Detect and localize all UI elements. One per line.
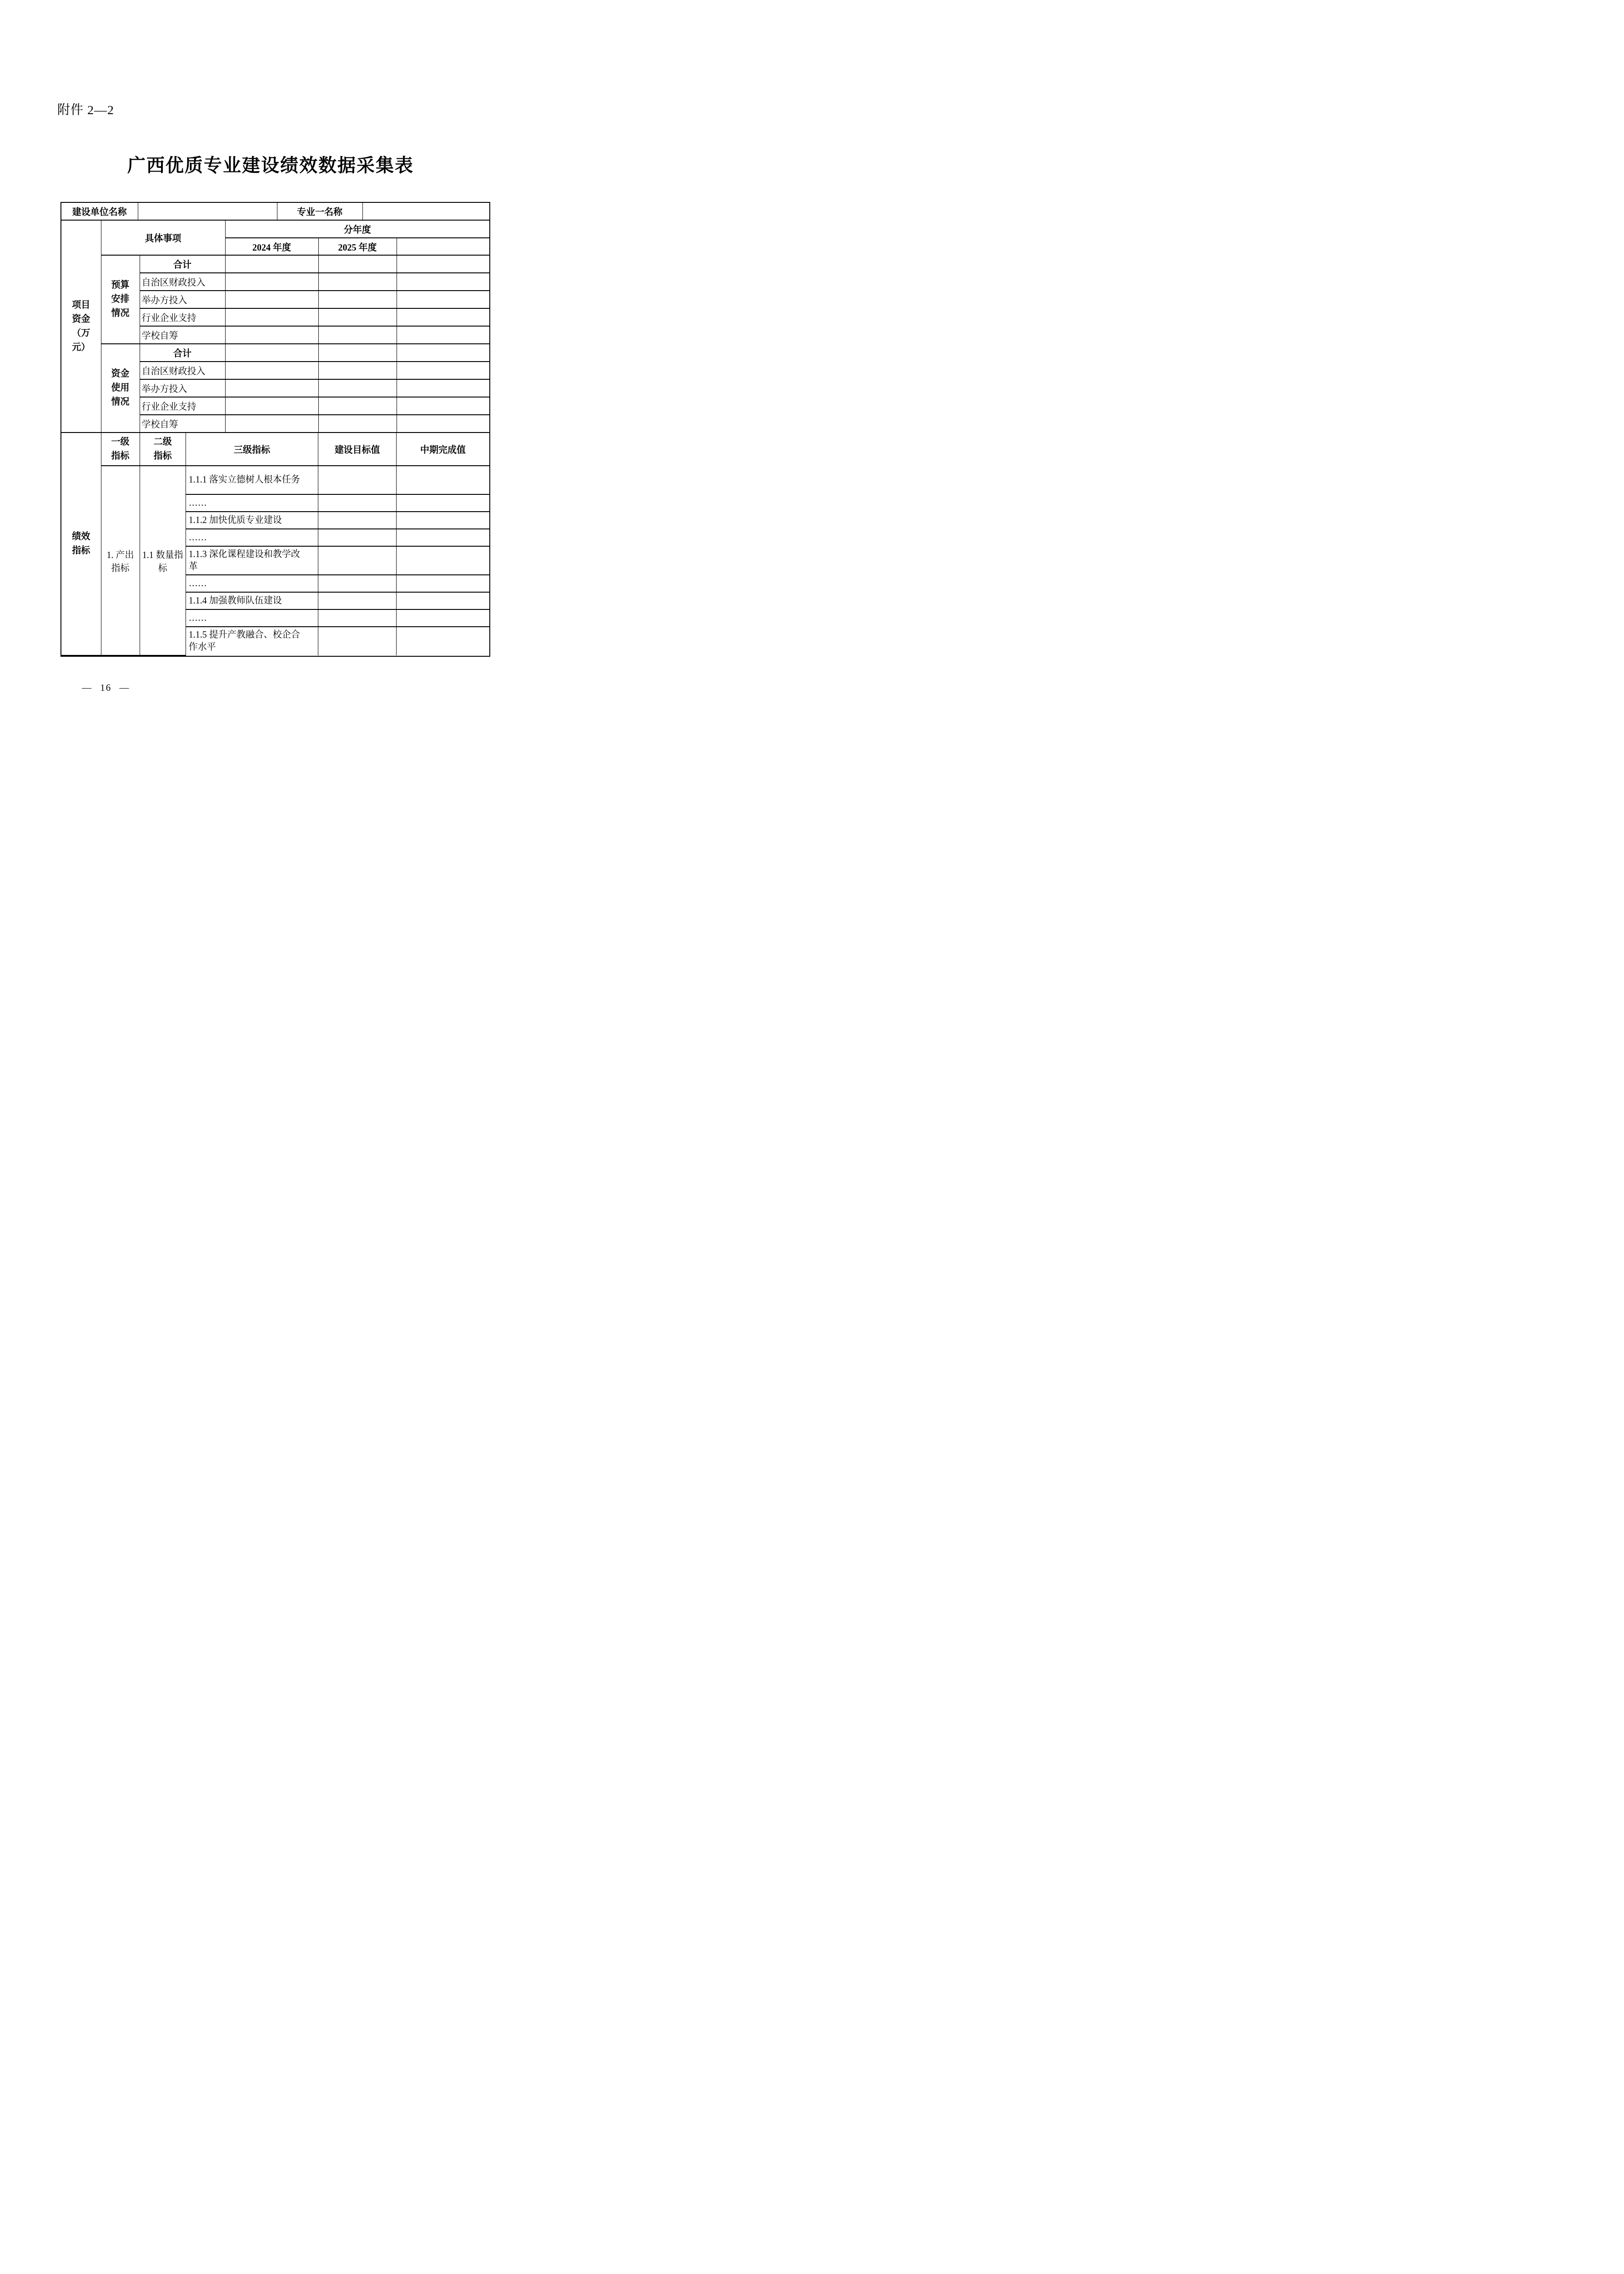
year-2025-header: 2025 年度 [318,238,397,255]
value-cell [397,592,489,609]
value-cell [225,362,318,379]
value-cell [397,575,489,592]
value-cell [318,592,397,609]
level2-header: 二级指标 [152,435,173,463]
level1-header-cell: 一级指标 [101,433,140,466]
value-cell [318,575,397,592]
usage-row-label-industry: 行业企业支持 [140,397,225,415]
value-cell [318,415,397,433]
usage-row-label-regional: 自治区财政投入 [140,362,225,379]
budget-row-label-school: 学校自筹 [140,326,225,344]
attachment-label: 附件 2—2 [57,100,114,118]
value-cell [318,529,397,546]
value-cell [397,494,489,512]
indicator-row-dots: …… [186,494,318,512]
data-collection-table: 建设单位名称 专业一名称 项目资金（万元） 具体事项 分年度 2024 年度 2… [60,202,490,657]
value-cell [225,291,318,308]
value-cell [318,362,397,379]
budget-row-label-regional: 自治区财政投入 [140,273,225,291]
value-cell [225,379,318,397]
value-cell [318,466,397,494]
finance-table: 项目资金（万元） 具体事项 分年度 2024 年度 2025 年度 预算安排情况… [61,221,489,433]
document-title: 广西优质专业建设绩效数据采集表 [0,151,541,177]
usage-row-label-organizer: 举办方投入 [140,379,225,397]
target-value-header: 建设目标值 [318,433,397,466]
level1-value-cell: 1. 产出指标 [101,466,140,655]
document-page: 附件 2—2 广西优质专业建设绩效数据采集表 建设单位名称 专业一名称 项目资金… [0,0,541,766]
mid-term-header: 中期完成值 [397,433,489,466]
unit-name-label: 建设单位名称 [61,203,138,220]
value-cell [318,379,397,397]
value-cell [225,308,318,326]
indicator-row-1-1-3: 1.1.3 深化课程建设和教学改革 [186,546,318,575]
usage-group-label: 资金使用情况 [110,367,131,409]
budget-row-label-organizer: 举办方投入 [140,291,225,308]
value-cell [318,512,397,529]
performance-section-header: 绩效指标 [70,530,91,558]
value-cell [397,379,489,397]
value-cell [397,291,489,308]
value-cell [318,326,397,344]
project-funds-header-cell: 项目资金（万元） [61,221,101,433]
indicator-row-1-1-2: 1.1.2 加快优质专业建设 [186,512,318,529]
value-cell [318,609,397,627]
year-2024-header: 2024 年度 [225,238,318,255]
level2-value-cell: 1.1 数量指标 [140,466,186,655]
indicator-row-dots: …… [186,529,318,546]
value-cell [318,546,397,575]
value-cell [225,255,318,273]
value-cell [397,273,489,291]
year-group-header: 分年度 [225,221,489,238]
performance-section-header-cell: 绩效指标 [61,433,101,655]
value-cell [318,291,397,308]
value-cell [318,627,397,655]
value-cell [397,308,489,326]
value-cell [397,512,489,529]
level1-header: 一级指标 [110,435,131,463]
indicator-row-dots: …… [186,575,318,592]
value-cell [225,326,318,344]
budget-row-label-total: 合计 [140,255,225,273]
major-name-label: 专业一名称 [277,203,362,220]
value-cell [225,397,318,415]
value-cell [397,529,489,546]
value-cell [318,397,397,415]
usage-row-label-total: 合计 [140,344,225,362]
project-funds-header: 项目资金（万元） [70,298,91,355]
indicator-row-1-1-4: 1.1.4 加强教师队伍建设 [186,592,318,609]
value-cell [318,255,397,273]
value-cell [397,362,489,379]
value-cell [397,344,489,362]
year-blank-header [397,238,489,255]
page-number: — 16 — [82,682,130,694]
indicator-row-1-1-5: 1.1.5 提升产教融合、校企合作水平 [186,627,318,655]
value-cell [318,344,397,362]
indicators-table: 绩效指标 一级指标 二级指标 三级指标 建设目标值 中期完成值 1. 产出指标 … [61,433,489,656]
level3-header: 三级指标 [186,433,318,466]
indicator-row-dots: …… [186,609,318,627]
indicator-row-1-1-1: 1.1.1 落实立德树人根本任务 [186,466,318,494]
unit-name-value-cell [138,203,277,220]
value-cell [397,627,489,655]
value-cell [397,326,489,344]
info-table: 建设单位名称 专业一名称 [61,203,489,221]
major-name-value-cell [362,203,489,220]
budget-row-label-industry: 行业企业支持 [140,308,225,326]
value-cell [318,494,397,512]
value-cell [397,397,489,415]
item-header: 具体事项 [101,221,225,255]
value-cell [397,466,489,494]
value-cell [318,273,397,291]
usage-row-label-school: 学校自筹 [140,415,225,433]
value-cell [397,609,489,627]
usage-group-label-cell: 资金使用情况 [101,344,140,433]
value-cell [225,273,318,291]
value-cell [318,308,397,326]
budget-group-label-cell: 预算安排情况 [101,255,140,344]
value-cell [397,415,489,433]
value-cell [225,344,318,362]
budget-group-label: 预算安排情况 [110,278,131,321]
level2-header-cell: 二级指标 [140,433,186,466]
value-cell [225,415,318,433]
value-cell [397,255,489,273]
value-cell [397,546,489,575]
